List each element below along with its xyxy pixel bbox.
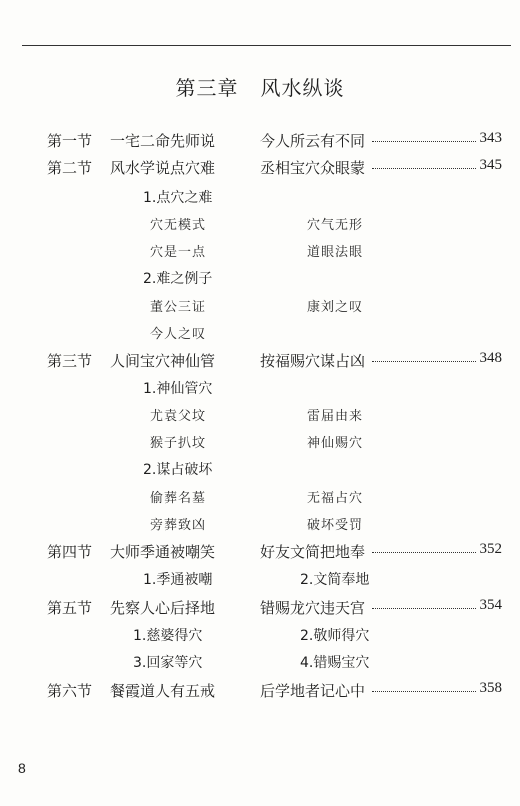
toc-subentry: 董公三证康刘之叹 xyxy=(0,296,520,322)
toc-subentry: 偷葬名墓无福占穴 xyxy=(0,487,520,513)
toc-subentry: 猴子扒坟神仙赐穴 xyxy=(0,432,520,458)
leader-dots xyxy=(372,689,476,692)
leader-dots xyxy=(372,166,476,169)
page-number: 358 xyxy=(480,680,503,697)
section-subtitle: 后学地者记心中 xyxy=(260,680,365,701)
section-number: 第六节 xyxy=(47,680,92,701)
toc-entry-section-3[interactable]: 第三节 人间宝穴神仙管 按福赐穴谋占凶 348 xyxy=(0,350,520,376)
toc-subentry: 穴是一点道眼法眼 xyxy=(0,241,520,267)
toc-subentry: 2.谋占破坏 xyxy=(0,459,520,485)
chapter-heading: 第三章风水纵谈 xyxy=(0,72,520,101)
section-subtitle: 错赐龙穴违天宫 xyxy=(260,597,365,618)
chapter-title: 风水纵谈 xyxy=(261,76,345,100)
leader-dots xyxy=(372,606,476,609)
section-title: 大师季通被嘲笑 xyxy=(110,541,215,562)
toc-subentry: 今人之叹 xyxy=(0,323,520,349)
section-subtitle: 今人所云有不同 xyxy=(260,130,365,151)
page-number: 343 xyxy=(480,130,503,147)
page-number: 352 xyxy=(480,541,503,558)
section-title: 人间宝穴神仙管 xyxy=(110,350,215,371)
toc-subentry: 1.季通被嘲2.文简奉地 xyxy=(0,569,520,595)
section-number: 第二节 xyxy=(47,157,92,178)
section-title: 一宅二命先师说 xyxy=(110,130,215,151)
toc-subentry: 穴无模式穴气无形 xyxy=(0,214,520,240)
toc-entry-section-1[interactable]: 第一节 一宅二命先师说 今人所云有不同 343 xyxy=(0,130,520,156)
section-number: 第三节 xyxy=(47,350,92,371)
chapter-number: 第三章 xyxy=(176,76,239,100)
page-number: 354 xyxy=(480,597,503,614)
section-subtitle: 按福赐穴谋占凶 xyxy=(260,350,365,371)
toc-entry-section-6[interactable]: 第六节 餐霞道人有五戒 后学地者记心中 358 xyxy=(0,680,520,706)
section-number: 第五节 xyxy=(47,597,92,618)
header-rule xyxy=(22,45,511,46)
page-number: 345 xyxy=(480,157,503,174)
toc-subentry: 3.回家等穴4.错赐宝穴 xyxy=(0,652,520,678)
page-number: 348 xyxy=(480,350,503,367)
section-number: 第一节 xyxy=(47,130,92,151)
section-subtitle: 丞相宝穴众眼蒙 xyxy=(260,157,365,178)
section-title: 餐霞道人有五戒 xyxy=(110,680,215,701)
folio-page-number: 8 xyxy=(18,760,26,776)
toc-entry-section-2[interactable]: 第二节 风水学说点穴难 丞相宝穴众眼蒙 345 xyxy=(0,157,520,183)
section-subtitle: 好友文简把地奉 xyxy=(260,541,365,562)
section-title: 风水学说点穴难 xyxy=(110,157,215,178)
section-number: 第四节 xyxy=(47,541,92,562)
leader-dots xyxy=(372,550,476,553)
leader-dots xyxy=(372,359,476,362)
leader-dots xyxy=(372,139,476,142)
section-title: 先察人心后择地 xyxy=(110,597,215,618)
toc-subentry: 旁葬致凶破坏受罚 xyxy=(0,514,520,540)
toc-subentry: 尤袁父坟雷届由来 xyxy=(0,405,520,431)
toc-subentry: 1.点穴之难 xyxy=(0,187,520,213)
toc-subentry: 1.慈婆得穴2.敬师得穴 xyxy=(0,625,520,651)
toc-entry-section-5[interactable]: 第五节 先察人心后择地 错赐龙穴违天宫 354 xyxy=(0,597,520,623)
toc-subentry: 2.难之例子 xyxy=(0,268,520,294)
toc-entry-section-4[interactable]: 第四节 大师季通被嘲笑 好友文简把地奉 352 xyxy=(0,541,520,567)
toc-subentry: 1.神仙管穴 xyxy=(0,378,520,404)
